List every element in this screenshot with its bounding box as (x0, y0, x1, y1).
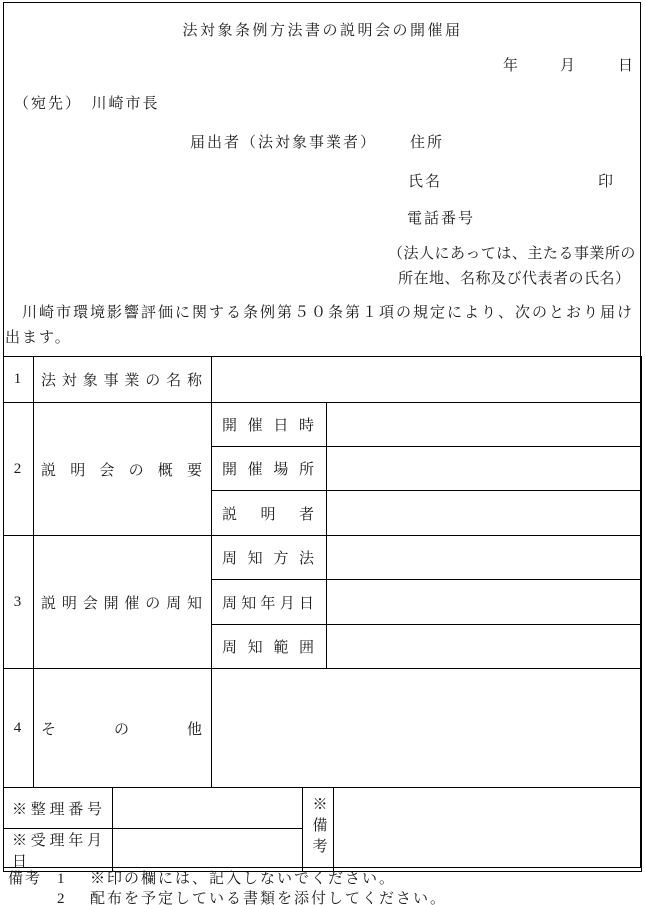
row-meeting-datetime: 2 説明会の概要 開催日時 (4, 403, 642, 447)
row-number-1: 1 (4, 357, 34, 403)
corporation-note: （法人にあっては、主たる事業所の 所在地、名称及び代表者の氏名） (388, 242, 636, 292)
other-value-cell (212, 669, 642, 788)
ref-number-value-cell (113, 788, 303, 829)
phone-label: 電話番号 (407, 207, 475, 228)
date-day-label: 日 (618, 54, 635, 75)
business-name-value-cell (212, 357, 642, 403)
footer-notes: 備考 1 ※印の欄には、記入しないでください。 2 配布を予定している書類を添付… (8, 869, 447, 905)
notice-scope-label: 周知範囲 (212, 625, 327, 669)
meeting-datetime-value-cell (327, 403, 642, 447)
row-number-3: 3 (4, 536, 34, 669)
remarks-label-cell: ※備考 (303, 788, 334, 872)
notice-scope-value-cell (327, 625, 642, 669)
footer-note-1: 備考 1 ※印の欄には、記入しないでください。 (8, 869, 447, 889)
row-notice-method: 3 説明会開催の周知 周知方法 (4, 536, 642, 580)
row-business-name: 1 法対象事業の名称 (4, 357, 642, 403)
date-year-label: 年 (503, 54, 520, 75)
footer-note-2: 2 配布を予定している書類を添付してください。 (8, 889, 447, 905)
footer-note-1-text: ※印の欄には、記入しないでください。 (90, 869, 396, 889)
notice-method-value-cell (327, 536, 642, 580)
meeting-datetime-label: 開催日時 (212, 403, 327, 447)
intro-line1: 川崎市環境影響評価に関する条例第５０条第１項の規定により、次のとおり届け (5, 301, 634, 326)
row-number-2: 2 (4, 403, 34, 536)
presenter-label: 説明者 (212, 491, 327, 536)
admin-table: ※整理番号 ※備考 ※受理年月日 (3, 787, 642, 872)
row-ref-number: ※整理番号 ※備考 (4, 788, 642, 829)
row-number-4: 4 (4, 669, 34, 788)
business-name-label: 法対象事業の名称 (34, 357, 212, 403)
footer-heading: 備考 (8, 869, 57, 889)
submitter-label: 届出者（法対象事業者） (190, 131, 377, 152)
notice-label: 説明会開催の周知 (34, 536, 212, 669)
corporation-note-line1: （法人にあっては、主たる事業所の (388, 242, 636, 267)
document-page: 法対象条例方法書の説明会の開催届 年 月 日 （宛先） 川崎市長 届出者（法対象… (0, 0, 645, 905)
intro-line2: 出ます。 (5, 326, 634, 351)
other-label: その他 (34, 669, 212, 788)
remarks-value-cell (334, 788, 642, 872)
meeting-place-value-cell (327, 447, 642, 491)
ref-number-label: ※整理番号 (4, 788, 113, 829)
seal-label: 印 (598, 170, 615, 191)
main-form-table: 1 法対象事業の名称 2 説明会の概要 開催日時 開催場所 説明者 3 説明会開… (3, 356, 642, 788)
corporation-note-line2: 所在地、名称及び代表者の氏名） (388, 267, 636, 292)
received-date-label: ※受理年月日 (4, 829, 113, 872)
received-date-value-cell (113, 829, 303, 872)
meeting-place-label: 開催場所 (212, 447, 327, 491)
footer-note-2-number: 2 (57, 889, 90, 905)
notice-method-label: 周知方法 (212, 536, 327, 580)
row-other: 4 その他 (4, 669, 642, 788)
intro-paragraph: 川崎市環境影響評価に関する条例第５０条第１項の規定により、次のとおり届け 出ます… (5, 301, 634, 351)
addressee: （宛先） 川崎市長 (14, 92, 160, 113)
date-month-label: 月 (560, 54, 577, 75)
form-title: 法対象条例方法書の説明会の開催届 (0, 19, 645, 40)
meeting-outline-label: 説明会の概要 (34, 403, 212, 536)
footer-note-1-number: 1 (57, 869, 90, 889)
name-label: 氏名 (408, 170, 442, 191)
notice-date-value-cell (327, 580, 642, 625)
remarks-label-vertical: ※備考 (311, 796, 326, 859)
address-label: 住所 (410, 131, 444, 152)
presenter-value-cell (327, 491, 642, 536)
footer-note-2-text: 配布を予定している書類を添付してください。 (90, 889, 447, 905)
notice-date-label: 周知年月日 (212, 580, 327, 625)
